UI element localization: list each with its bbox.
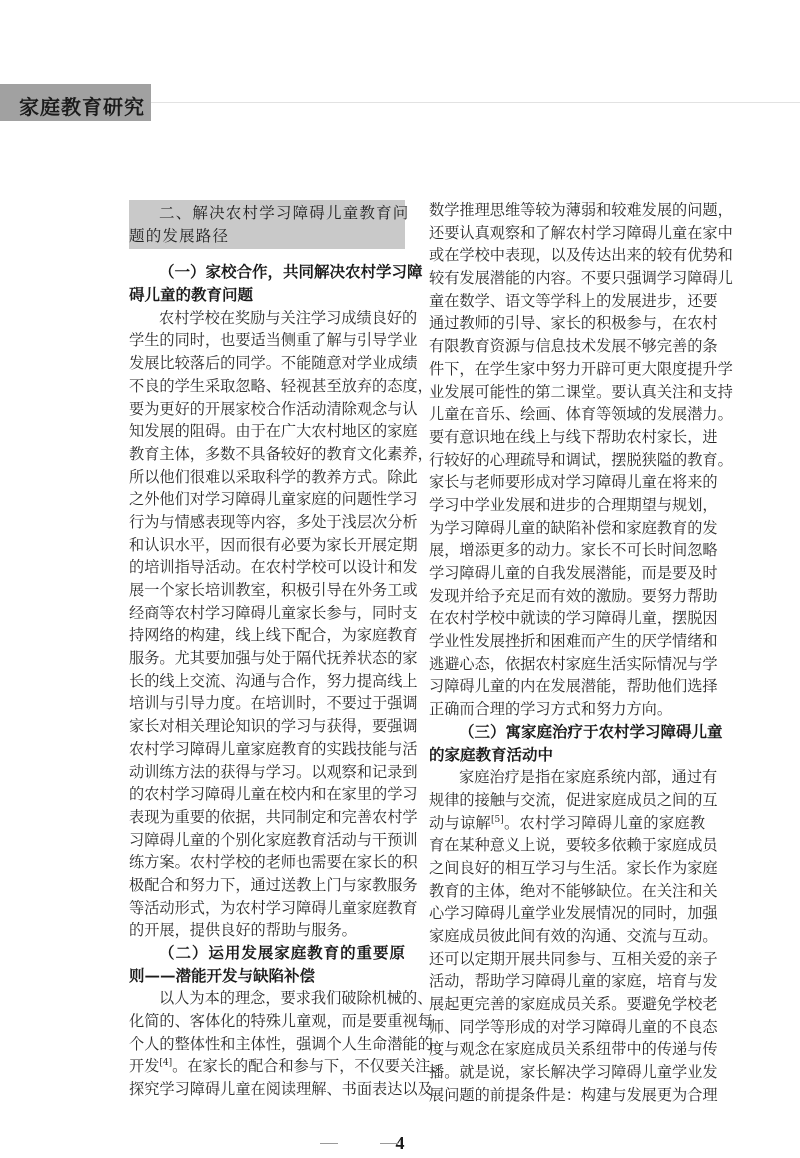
subheading-line: 则——潜能开发与缺陷补偿 [129, 965, 405, 988]
text-line: 家庭成员彼此间有效的沟通、交流与互动。 [429, 925, 705, 948]
text-line: 个人的整体性和主体性，强调个人生命潜能的 [129, 1033, 405, 1056]
citation-text-after: 。农村学习障碍儿童的家庭教 [504, 814, 705, 832]
text-line: 正确而合理的学习方式和努力方向。 [429, 698, 705, 721]
text-line: 行较好的心理疏导和调试，摆脱狭隘的教育。 [429, 449, 705, 472]
text-line: 和认识水平，因而很有必要为家长开展定期 [129, 534, 405, 557]
text-line: 为学习障碍儿童的缺陷补偿和家庭教育的发 [429, 517, 705, 540]
text-line: 要有意识地在线上与线下帮助农村家长，进 [429, 426, 705, 449]
subsection-heading-2: （二）运用发展家庭教育的重要原 则——潜能开发与缺陷补偿 [129, 942, 405, 987]
text-line: 在农村学校中就读的学习障碍儿童，摆脱因 [429, 607, 705, 630]
text-line: 农村学校在奖励与关注学习成绩良好的 [129, 307, 405, 330]
text-line: 以人为本的理念，要求我们破除机械的、 [129, 987, 405, 1010]
text-line: 家庭治疗是指在家庭系统内部，通过有 [429, 766, 705, 789]
page-number: 4 [0, 1133, 800, 1154]
text-line: 行为与情感表现等内容，多处于浅层次分析 [129, 511, 405, 534]
text-line: 儿童在音乐、绘画、体育等领域的发展潜力。 [429, 403, 705, 426]
subheading-line: 碍儿童的教育问题 [129, 284, 405, 307]
text-line-with-citation: 开发[4]。在家长的配合和参与下，不仅要关注、 [129, 1055, 405, 1078]
text-line: 展，增添更多的动力。家长不可长时间忽略 [429, 539, 705, 562]
paragraph-2-start: 以人为本的理念，要求我们破除机械的、 化简的、客体化的特殊儿童观，而是要重视每 … [129, 987, 405, 1100]
subheading-line: 的家庭教育活动中 [429, 744, 705, 767]
text-line: 的开展，提供良好的帮助与服务。 [129, 919, 405, 942]
text-line: 持网络的构建，线上线下配合，为家庭教育 [129, 624, 405, 647]
text-line: 展起更完善的家庭成员关系。要避免学校老 [429, 993, 705, 1016]
text-line: 练方案。农村学校的老师也需要在家长的积 [129, 851, 405, 874]
text-line: 童在数学、语文等学科上的发展进步，还要 [429, 290, 705, 313]
text-line: 所以他们很难以采取科学的教养方式。除此 [129, 466, 405, 489]
citation-text-before: 开发 [129, 1057, 159, 1075]
text-line: 有限教育资源与信息技术发展不够完善的条 [429, 335, 705, 358]
text-line: 教育主体，多数不具备较好的教育文化素养， [129, 443, 405, 466]
section-heading-line: 题的发展路径 [129, 225, 405, 248]
text-line: 育在某种意义上说，要较多依赖于家庭成员 [429, 834, 705, 857]
right-column: 数学推理思维等较为薄弱和较难发展的问题， 还要认真观察和了解农村学习障碍儿童在家… [429, 199, 705, 1107]
text-line: 师、同学等形成的对学习障碍儿童的不良态 [429, 1016, 705, 1039]
paragraph-2-continued: 数学推理思维等较为薄弱和较难发展的问题， 还要认真观察和了解农村学习障碍儿童在家… [429, 199, 705, 721]
text-line: 动训练方法的获得与学习。以观察和记录到 [129, 761, 405, 784]
citation-text-before: 动与谅解 [429, 814, 491, 832]
left-column: 二、解决农村学习障碍儿童教育问 题的发展路径 （一）家校合作，共同解决农村学习障… [129, 200, 405, 1101]
text-line: 不良的学生采取忽略、轻视甚至放弃的态度， [129, 375, 405, 398]
text-line: 经商等农村学习障碍儿童家长参与，同时支 [129, 602, 405, 625]
citation-ref-5: [5] [491, 815, 504, 825]
text-line: 之间良好的相互学习与生活。家长作为家庭 [429, 857, 705, 880]
text-line: 心学习障碍儿童学业发展情况的同时，加强 [429, 902, 705, 925]
section-heading: 二、解决农村学习障碍儿童教育问 题的发展路径 [129, 200, 405, 249]
text-line: 或在学校中表现，以及传达出来的较有优势和 [429, 244, 705, 267]
subsection-heading-3: （三）寓家庭治疗于农村学习障碍儿童 的家庭教育活动中 [429, 721, 705, 766]
section-heading-line: 二、解决农村学习障碍儿童教育问 [129, 202, 405, 225]
text-line: 家长与老师要形成对学习障碍儿童在将来的 [429, 471, 705, 494]
text-line: 要为更好的开展家校合作活动清除观念与认 [129, 398, 405, 421]
paragraph-3: 家庭治疗是指在家庭系统内部，通过有 规律的接触与交流，促进家庭成员之间的互 动与… [429, 766, 705, 1106]
text-line: 习障碍儿童的个别化家庭教育活动与干预训 [129, 829, 405, 852]
journal-section-label: 家庭教育研究 [19, 91, 145, 120]
text-line: 学业性发展挫折和困难而产生的厌学情绪和 [429, 630, 705, 653]
text-line: 发展比较落后的同学。不能随意对学业成绩 [129, 352, 405, 375]
header-divider [151, 102, 800, 103]
page-number-dash-right [380, 1143, 398, 1144]
text-line: 农村学习障碍儿童家庭教育的实践技能与活 [129, 738, 405, 761]
paragraph-1: 农村学校在奖励与关注学习成绩良好的 学生的同时，也要适当侧重了解与引导学业 发展… [129, 307, 405, 942]
text-line: 展一个家长培训教室，积极引导在外务工或 [129, 579, 405, 602]
citation-text-after: 。在家长的配合和参与下，不仅要关注、 [172, 1057, 445, 1075]
text-line: 培训与引导力度。在培训时，不要过于强调 [129, 692, 405, 715]
text-line: 业发展可能性的第二课堂。要认真关注和支持 [429, 381, 705, 404]
text-line: 化简的、客体化的特殊儿童观，而是要重视每 [129, 1010, 405, 1033]
text-line-with-citation: 动与谅解[5]。农村学习障碍儿童的家庭教 [429, 812, 705, 835]
text-line: 长的线上交流、沟通与合作，努力提高线上 [129, 670, 405, 693]
text-line: 表现为重要的依据，共同制定和完善农村学 [129, 806, 405, 829]
text-line: 的培训指导活动。在农村学校可以设计和发 [129, 556, 405, 579]
subheading-line: （三）寓家庭治疗于农村学习障碍儿童 [429, 721, 705, 744]
text-line: 服务。尤其要加强与处于隔代抚养状态的家 [129, 647, 405, 670]
subheading-line: （一）家校合作，共同解决农村学习障 [129, 261, 405, 284]
text-line: 件下，在学生家中努力开辟可更大限度提升学 [429, 358, 705, 381]
text-line: 规律的接触与交流，促进家庭成员之间的互 [429, 789, 705, 812]
text-line: 播。就是说，家长解决学习障碍儿童学业发 [429, 1061, 705, 1084]
text-line: 还要认真观察和了解农村学习障碍儿童在家中 [429, 222, 705, 245]
text-line: 通过教师的引导、家长的积极参与，在农村 [429, 312, 705, 335]
text-line: 还可以定期开展共同参与、互相关爱的亲子 [429, 948, 705, 971]
text-line: 较有发展潜能的内容。不要只强调学习障碍儿 [429, 267, 705, 290]
text-line: 知发展的阻碍。由于在广大农村地区的家庭 [129, 420, 405, 443]
subheading-line: （二）运用发展家庭教育的重要原 [129, 942, 405, 965]
citation-ref-4: [4] [159, 1058, 172, 1068]
text-line: 教育的主体，绝对不能够缺位。在关注和关 [429, 880, 705, 903]
text-line: 发现并给予充足而有效的激励。要努力帮助 [429, 585, 705, 608]
text-line: 展问题的前提条件是：构建与发展更为合理 [429, 1084, 705, 1107]
text-line: 家长对相关理论知识的学习与获得，要强调 [129, 715, 405, 738]
text-line: 习障碍儿童的内在发展潜能，帮助他们选择 [429, 675, 705, 698]
text-line: 度与观念在家庭成员关系纽带中的传递与传 [429, 1038, 705, 1061]
text-line: 之外他们对学习障碍儿童家庭的问题性学习 [129, 488, 405, 511]
text-line: 极配合和努力下，通过送教上门与家教服务 [129, 874, 405, 897]
text-line: 逃避心态，依据农村家庭生活实际情况与学 [429, 653, 705, 676]
text-line: 数学推理思维等较为薄弱和较难发展的问题， [429, 199, 705, 222]
text-line: 学习中学业发展和进步的合理期望与规划， [429, 494, 705, 517]
text-line: 的农村学习障碍儿童在校内和在家里的学习 [129, 783, 405, 806]
text-line: 学生的同时，也要适当侧重了解与引导学业 [129, 329, 405, 352]
text-line: 等活动形式，为农村学习障碍儿童家庭教育 [129, 897, 405, 920]
text-line: 探究学习障碍儿童在阅读理解、书面表达以及 [129, 1078, 405, 1101]
text-line: 活动，帮助学习障碍儿童的家庭，培育与发 [429, 970, 705, 993]
subsection-heading-1: （一）家校合作，共同解决农村学习障 碍儿童的教育问题 [129, 261, 405, 306]
text-line: 学习障碍儿童的自我发展潜能，而是要及时 [429, 562, 705, 585]
